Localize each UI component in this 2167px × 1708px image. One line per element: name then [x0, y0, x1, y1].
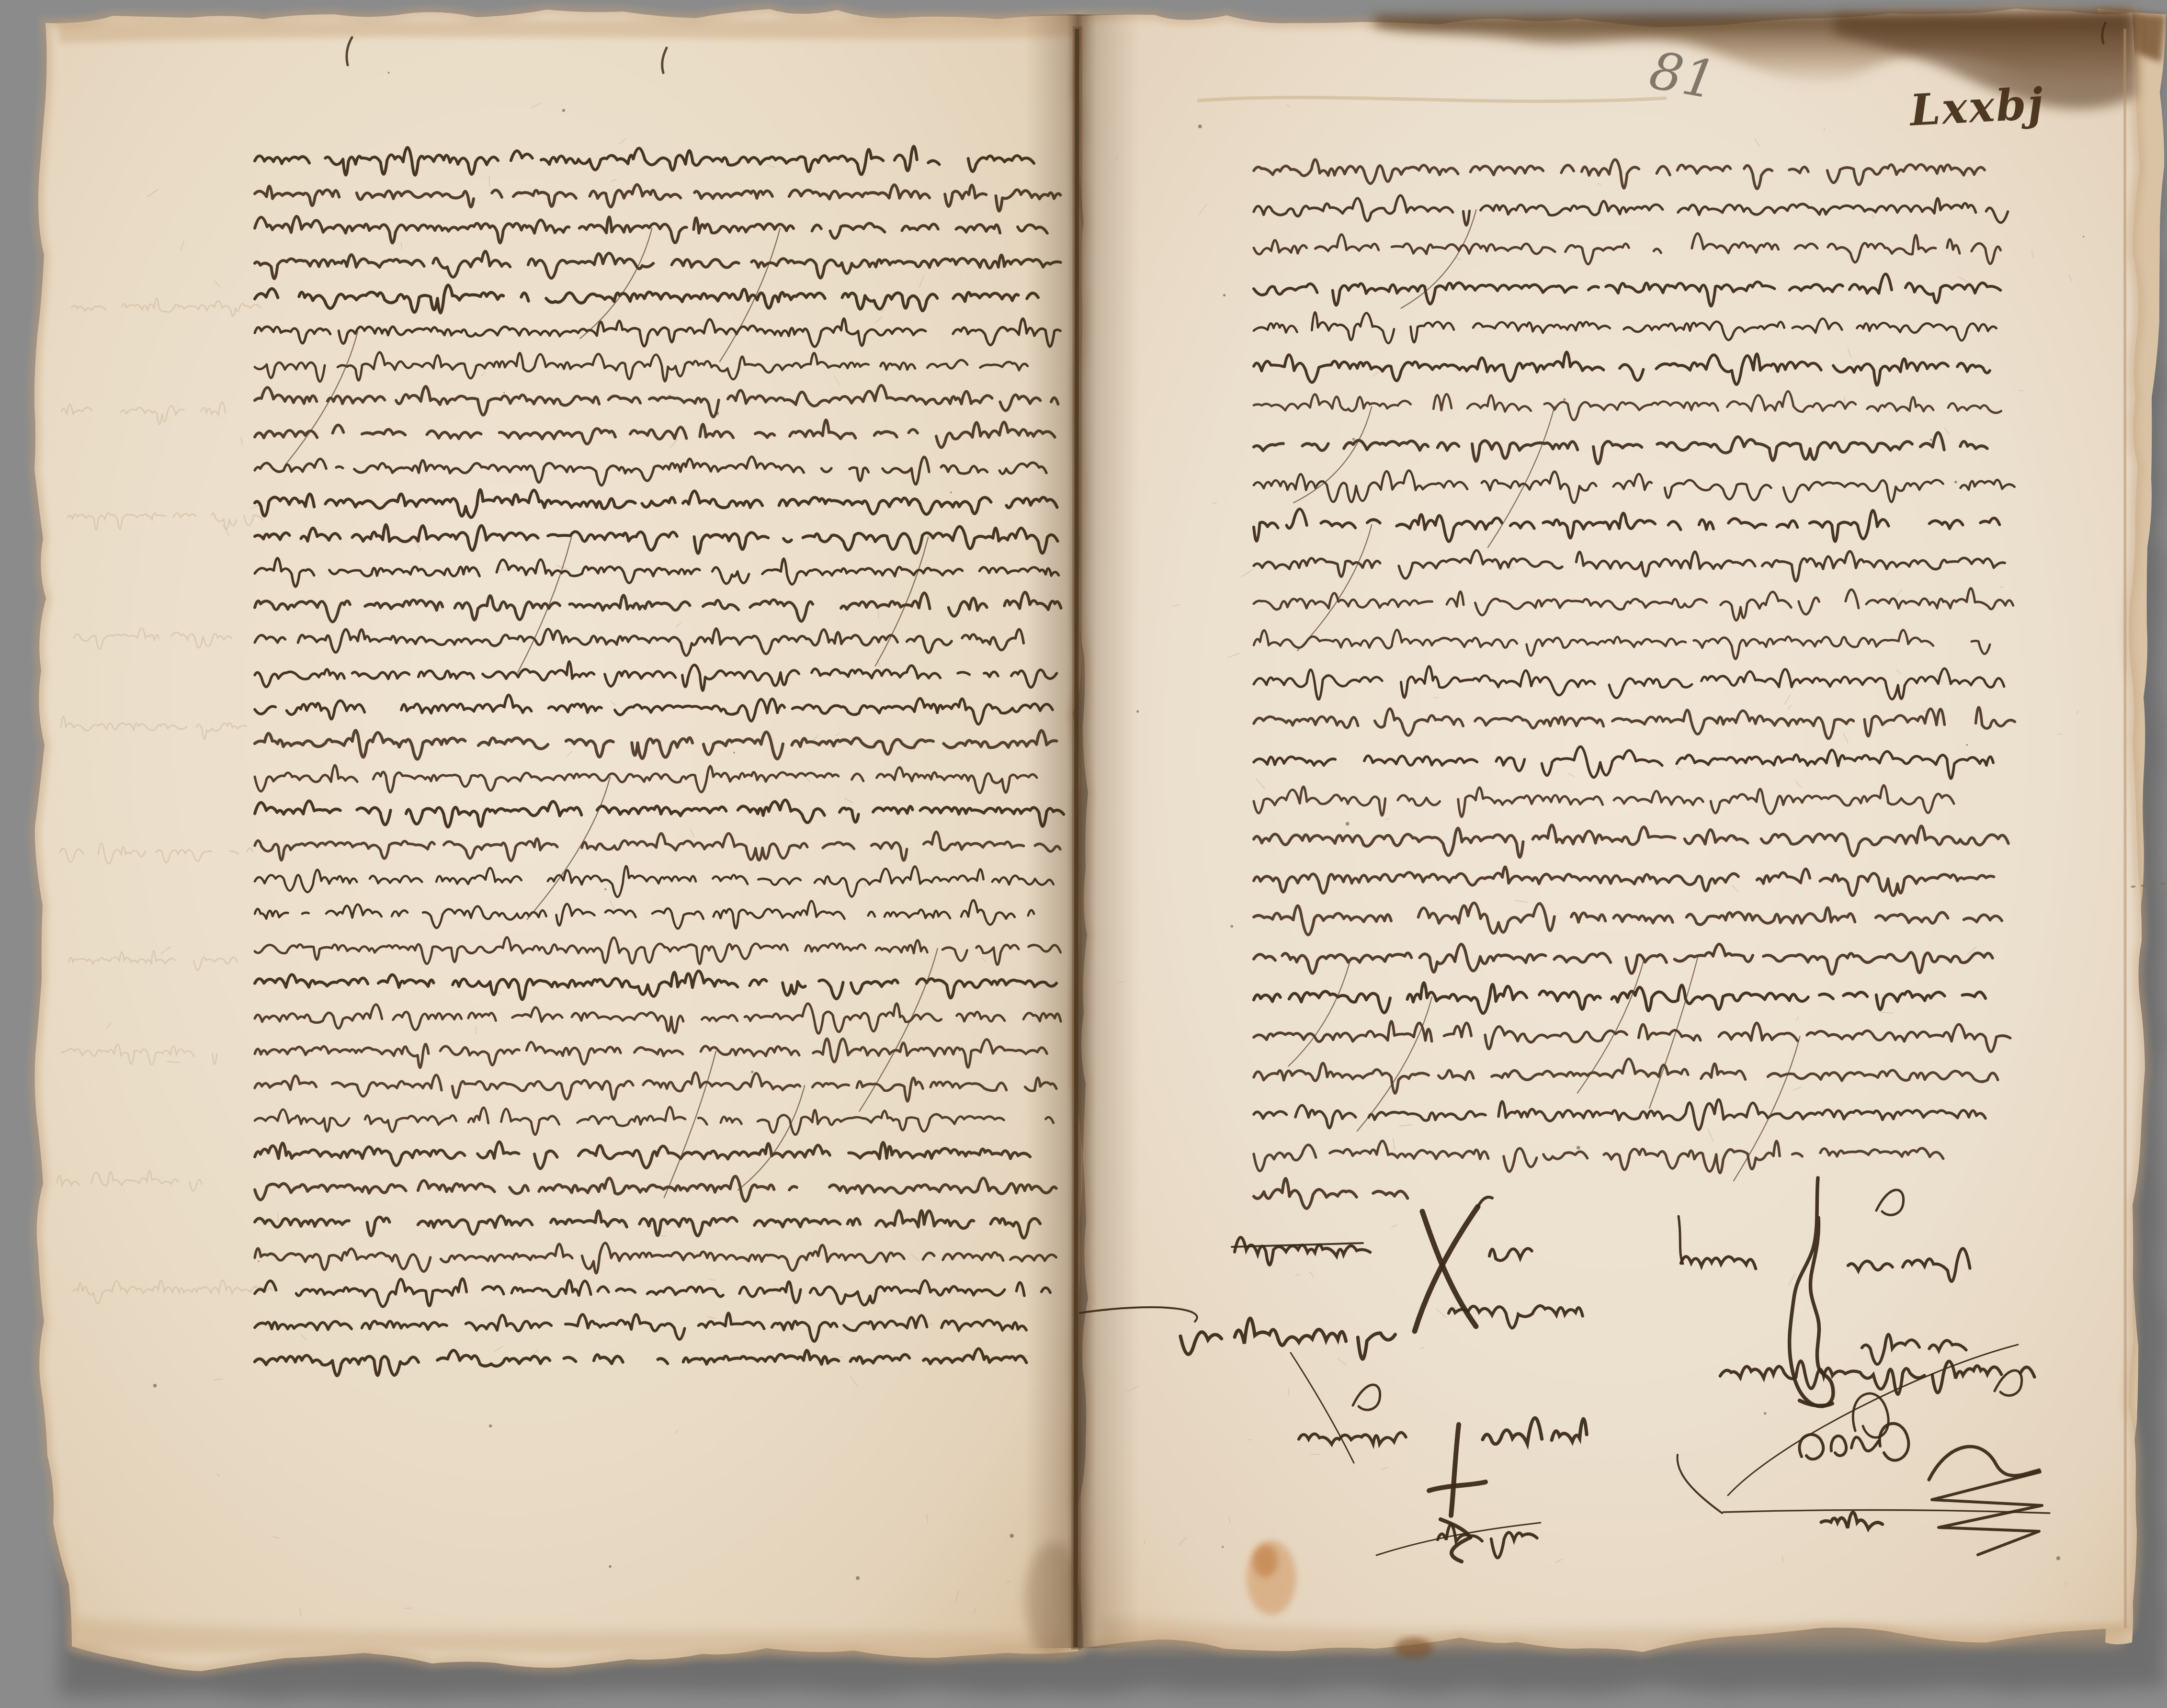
ink-speck [1563, 398, 1566, 401]
ink-speck [388, 72, 390, 74]
ink-speck [1198, 124, 1202, 128]
ink-speck [1966, 744, 1968, 746]
binding-gutter [1025, 14, 1140, 1650]
ink-speck [1223, 294, 1225, 296]
ink-speck [153, 1384, 157, 1387]
paper-fiber [1385, 819, 1390, 819]
ink-speck [733, 752, 735, 754]
folio-number: Lxxbj [1907, 78, 2046, 136]
manuscript-scan: 81 Lxxbj [0, 0, 2167, 1708]
edge-spot [1395, 1638, 1433, 1659]
ink-speck [562, 109, 565, 112]
ink-speck [1230, 925, 1233, 928]
left-page [34, 9, 1084, 1671]
ink-speck [604, 888, 606, 890]
ink-speck [489, 1425, 492, 1427]
gutter-shade-right [1078, 14, 1140, 1648]
right-page-sheet [1077, 9, 2145, 1652]
paper-fiber [660, 1236, 667, 1236]
ink-speck [950, 491, 952, 493]
ink-speck [503, 392, 505, 393]
ink-speck [751, 1071, 753, 1073]
paper-fiber [1212, 503, 1217, 503]
manuscript-photo: 81 Lxxbj [0, 0, 2167, 1708]
ink-speck [2083, 236, 2084, 237]
gutter-fold-line [1076, 29, 1077, 1647]
paper-fiber [1310, 1454, 1320, 1455]
orange-fox-spot-core [1253, 1545, 1278, 1577]
ink-speck [258, 1260, 259, 1262]
ink-speck [1346, 822, 1350, 826]
ink-speck [2056, 1556, 2060, 1560]
paper-fiber [1248, 1440, 1252, 1440]
ink-speck [1954, 481, 1957, 484]
vertical-crease [2124, 29, 2126, 1628]
pencil-page-number: 81 [1645, 41, 1720, 111]
ink-speck [1352, 438, 1355, 441]
ink-speck [1136, 710, 1139, 713]
left-page-sheet [34, 9, 1084, 1671]
ink-speck [1577, 1146, 1580, 1150]
ink-speck [1222, 1546, 1224, 1548]
paper-fiber [476, 1025, 477, 1034]
paper-fiber [2019, 390, 2025, 391]
right-page [1077, 9, 2145, 1652]
ink-speck [609, 1565, 611, 1568]
ink-speck [1930, 439, 1932, 441]
ink-speck [1764, 1412, 1766, 1414]
ink-speck [1010, 1534, 1014, 1538]
ink-speck [856, 1576, 860, 1580]
